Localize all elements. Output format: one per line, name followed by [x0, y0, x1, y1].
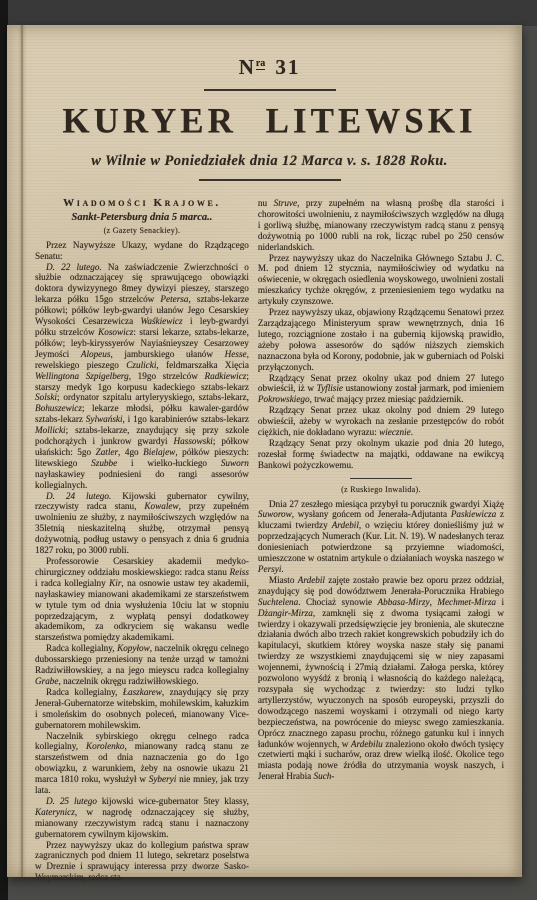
- paragraph: Rządzący Senat przez okolny ukaz pod dni…: [258, 373, 504, 406]
- paragraph: Naczelnik sybirskiego okręgu celnego rad…: [35, 731, 249, 796]
- paragraph: Przez naywyższy ukaz do Naczelnika Główn…: [258, 253, 504, 308]
- masthead: Nra31 KURYER LITEWSKI w Wilnie w Poniedz…: [35, 55, 504, 181]
- paragraph: D. 24 lutego. Kijowski gubernator cywiln…: [35, 491, 249, 556]
- newspaper-title: KURYER LITEWSKI: [35, 100, 504, 142]
- masthead-dateline: w Wilnie w Poniedziałek dnia 12 Marca v.…: [35, 153, 504, 170]
- masthead-rule-bottom: [199, 179, 341, 181]
- paragraph: Professorowie Cesarskiey akademii medyko…: [35, 556, 249, 643]
- paragraph: D. 25 lutego kijowski wice-gubernator 5t…: [35, 796, 249, 840]
- paragraph: Radca kollegialny, Łaszkarew, znaydujący…: [35, 687, 249, 731]
- section-divider: [350, 478, 412, 479]
- desk-background-top: [0, 0, 537, 26]
- page-content: Nra31 KURYER LITEWSKI w Wilnie w Poniedz…: [7, 25, 522, 877]
- section-heading: Wiadomości Krajowe.: [35, 198, 249, 209]
- column-left: Wiadomości Krajowe.Sankt-Petersburg dnia…: [35, 198, 249, 883]
- paragraph: Rządzący Senat przez ukaz okolny pod dni…: [258, 405, 504, 438]
- dateline-heading: Sankt-Petersburg dnia 5 marca..: [35, 213, 249, 224]
- paragraph: Przez Naywyższe Ukazy, wydane do Rządząc…: [35, 240, 249, 262]
- masthead-rule-top: [204, 89, 336, 91]
- paragraph: Miasto Ardebil zajęte zostało prawie bez…: [258, 575, 504, 782]
- source-note: (z Gazety Senackiey).: [35, 226, 249, 237]
- issue-value: 31: [275, 55, 300, 79]
- issue-superscript: ra: [256, 58, 265, 70]
- news-columns: Wiadomości Krajowe.Sankt-Petersburg dnia…: [35, 198, 504, 883]
- column-right: nu Struve, przy zupełném na własną prośb…: [258, 198, 504, 883]
- paragraph: Radca kollegialny, Kopyłow, naczelnik ok…: [35, 643, 249, 687]
- paragraph: Przez naywyższy ukaz, objawiony Rządzące…: [258, 307, 504, 372]
- paragraph: Dnia 27 zeszłego miesiąca przybył tu por…: [258, 499, 504, 575]
- source-note: (z Ruskiego Inwalida).: [258, 485, 504, 496]
- paragraph: Przez naywyższy ukaz do kollegium państw…: [35, 840, 249, 884]
- paragraph: nu Struve, przy zupełném na własną prośb…: [258, 198, 504, 253]
- issue-prefix: N: [239, 55, 256, 79]
- issue-number: Nra31: [35, 55, 504, 80]
- newspaper-page: Nra31 KURYER LITEWSKI w Wilnie w Poniedz…: [7, 25, 522, 877]
- paragraph: Rządzący Senat przy okolnym ukazie pod d…: [258, 438, 504, 471]
- paragraph: D. 22 lutego. Na zaświadczenie Zwierzchn…: [35, 262, 249, 491]
